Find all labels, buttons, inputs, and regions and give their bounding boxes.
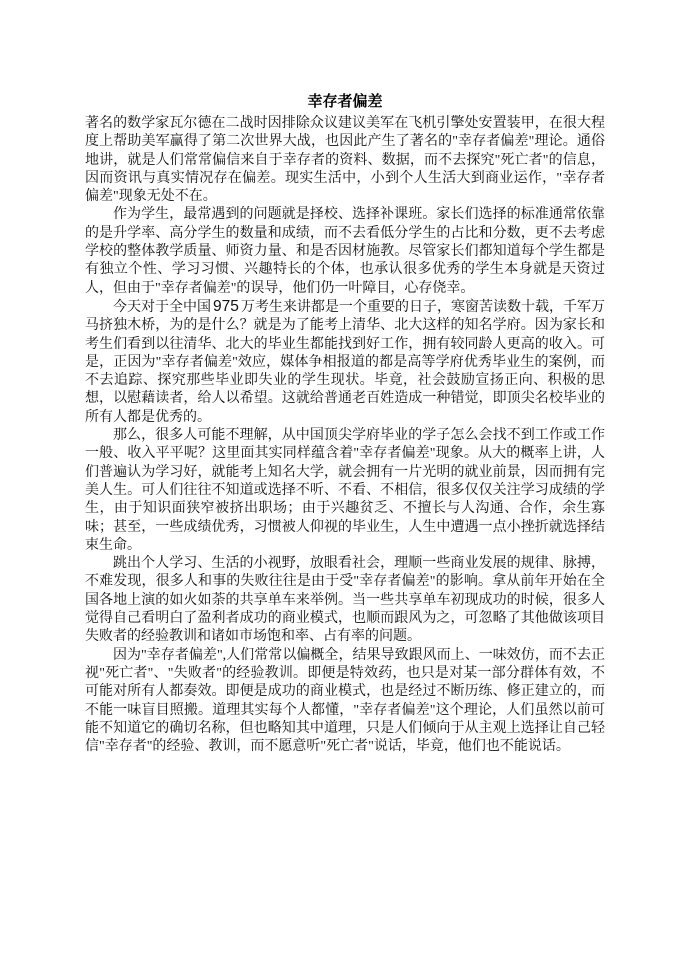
text-run: 作为学生，最常遇到的问题就是择校、选择补课班。家长们选择的标准通常依靠的是升学率… (85, 207, 605, 295)
paragraph: 今天对于全中国975万考生来讲都是一个重要的日子，寒窗苦读数十载，千军万马挤独木… (85, 298, 605, 427)
text-run: 著名的数学家瓦尔德在二战时因排除众议建议美军在飞机引擎处安置装甲，在很大程度上帮… (85, 116, 605, 204)
paragraph: 著名的数学家瓦尔德在二战时因排除众议建议美军在飞机引擎处安置装甲，在很大程度上帮… (85, 115, 605, 206)
document-body: 著名的数学家瓦尔德在二战时因排除众议建议美军在飞机引擎处安置装甲，在很大程度上帮… (85, 115, 605, 756)
text-run: 跳出个人学习、生活的小视野，放眼看社会，理顺一些商业发展的规律、脉搏，不难发现，… (85, 556, 605, 644)
text-run: 那么，很多人可能不理解，从中国顶尖学府毕业的学子怎么会找不到工作或工作一般、收入… (85, 428, 605, 553)
numeral-text-run: 975 (213, 298, 239, 315)
text-run: 今天对于全中国 (113, 300, 211, 315)
paragraph: 那么，很多人可能不理解，从中国顶尖学府毕业的学子怎么会找不到工作或工作一般、收入… (85, 427, 605, 555)
paragraph: 作为学生，最常遇到的问题就是择校、选择补课班。家长们选择的标准通常依靠的是升学率… (85, 206, 605, 297)
paragraph: 跳出个人学习、生活的小视野，放眼看社会，理顺一些商业发展的规律、脉搏，不难发现，… (85, 555, 605, 646)
document-page: 幸存者偏差 著名的数学家瓦尔德在二战时因排除众议建议美军在飞机引擎处安置装甲，在… (0, 0, 690, 976)
document-title: 幸存者偏差 (85, 92, 605, 113)
text-run: 万考生来讲都是一个重要的日子，寒窗苦读数十载，千军万马挤独木桥，为的是什么？就是… (85, 300, 605, 425)
paragraph: 因为"幸存者偏差",人们常常以偏概全，结果导致跟风而上、一味效仿，而不去正视"死… (85, 647, 605, 757)
text-run: 因为"幸存者偏差",人们常常以偏概全，结果导致跟风而上、一味效仿，而不去正视"死… (85, 648, 605, 754)
